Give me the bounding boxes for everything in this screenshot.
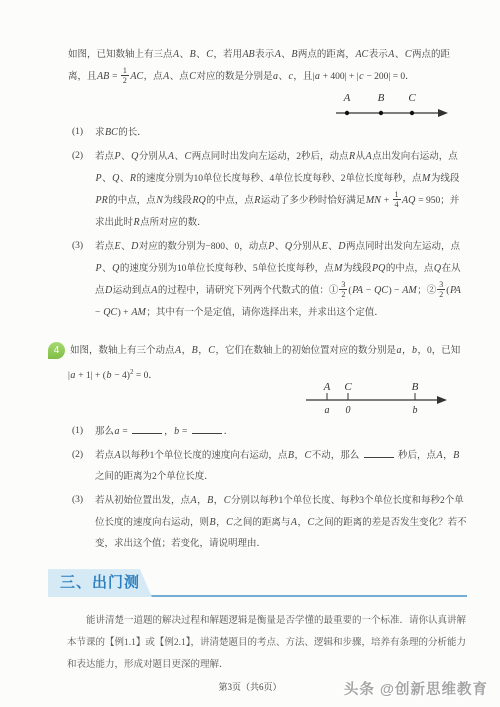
page-content: 如图，已知数轴上有三点A、B、C，若用AB表示A、B两点的距离，AC表示A、C两… (0, 0, 500, 676)
part-number: (1) (72, 122, 83, 143)
part-text: 那么a = ，b = ． (95, 427, 233, 437)
point-label-a: A (323, 381, 331, 393)
coord-label-b: b (413, 405, 418, 416)
point-dot-c (410, 111, 414, 115)
number-line-diagram-2: A C B a 0 b (305, 380, 450, 416)
problem4-part-3: (3) 若从初始位置出发，点A，B，C分别以每秒1个单位长度、每秒3个单位长度和… (48, 490, 467, 555)
part-text: 若点A以每秒1个单位长度的速度向右运动，点B，C不动，那么 秒后，点A，B之间的… (95, 451, 460, 482)
exit-test-instructions: 能讲清楚一道题的解决过程和解题逻辑是衡量是否学懂的最重要的一个标准．请你认真讲解… (67, 610, 467, 676)
section-header: 三、出门测 (48, 569, 467, 597)
point-dot-b (379, 111, 383, 115)
problem4-part-2: (2) 若点A以每秒1个单位长度的速度向右运动，点B，C不动，那么 秒后，点A，… (48, 445, 467, 488)
number-line-diagram-1: A B C (335, 88, 467, 122)
problem-number-badge: 4 (48, 342, 65, 359)
problem3-part-3: (3) 若点E、D对应的数分别为−800、0，动点P、Q分别从E、D两点同时出发… (48, 236, 467, 324)
point-label-c: C (408, 92, 416, 104)
point-label-a: A (343, 92, 351, 104)
coord-label-a: a (325, 405, 330, 416)
number-line-2-svg: A C B a 0 b (305, 380, 450, 416)
point-label-b: B (412, 381, 419, 393)
part-text: 求BC的长． (95, 128, 147, 138)
problem3-intro: 如图，已知数轴上有三点A、B、C，若用AB表示A、B两点的距离，AC表示A、C两… (68, 44, 467, 88)
point-dot-a (345, 111, 349, 115)
part-number: (1) (72, 421, 83, 442)
part-number: (2) (72, 445, 83, 466)
part-number: (3) (72, 490, 83, 511)
coord-label-0: 0 (346, 405, 351, 416)
problem4-part-1: (1) 那么a = ，b = ． (48, 421, 467, 443)
watermark: 头条 @创新思维教育 (344, 680, 488, 701)
problem4-intro: 如图，数轴上有三个动点A，B，C，它们在数轴上的初始位置对应的数分别是a，b，0… (70, 346, 460, 356)
point-label-b: B (378, 92, 385, 104)
axis-arrow-icon (438, 109, 448, 117)
section-title: 三、出门测 (48, 569, 140, 597)
number-line-1-svg: A B C (335, 88, 450, 122)
part-text: 若从初始位置出发，点A，B，C分别以每秒1个单位长度、每秒3个单位长度和每秒2个… (95, 496, 467, 549)
axis-arrow-icon (437, 396, 447, 404)
point-label-c: C (344, 381, 352, 393)
problem3-part-1: (1) 求BC的长． (48, 122, 467, 144)
part-number: (2) (72, 146, 83, 167)
problem-4: 4 如图，数轴上有三个动点A，B，C，它们在数轴上的初始位置对应的数分别是a，b… (48, 340, 467, 555)
part-text: 若点E、D对应的数分别为−800、0，动点P、Q分别从E、D两点同时出发向左运动… (95, 242, 461, 318)
worksheet-page: 如图，已知数轴上有三点A、B、C，若用AB表示A、B两点的距离，AC表示A、C两… (0, 0, 500, 707)
problem3-part-2: (2) 若点P、Q分别从A、C两点同时出发向左运动，2秒后，动点R从A点出发向右… (48, 146, 467, 234)
problem4-header: 4 如图，数轴上有三个动点A，B，C，它们在数轴上的初始位置对应的数分别是a，b… (48, 340, 467, 362)
problem-3: 如图，已知数轴上有三点A、B、C，若用AB表示A、B两点的距离，AC表示A、C两… (48, 44, 467, 324)
part-text: 若点P、Q分别从A、C两点同时出发向左运动，2秒后，动点R从A点出发向右运动，点… (95, 152, 459, 228)
part-number: (3) (72, 236, 83, 257)
